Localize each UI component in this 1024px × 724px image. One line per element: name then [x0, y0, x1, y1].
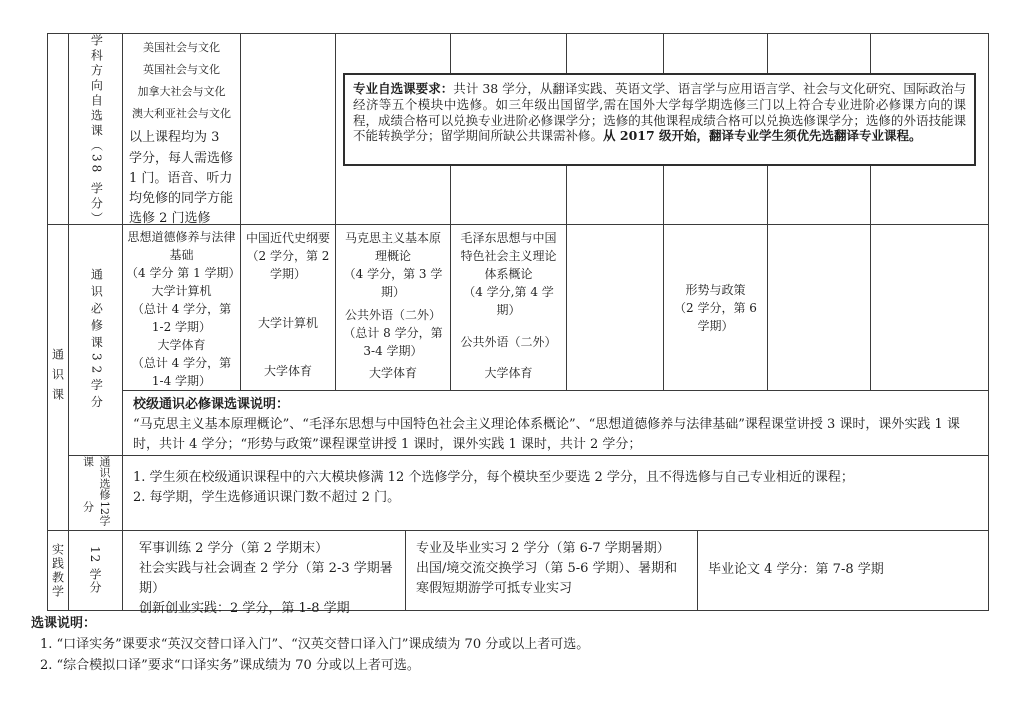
footer-item: 1. “口译实务”课要求“英汉交替口译入门”、“汉英交替口译入门”课成绩为 70…	[40, 635, 991, 656]
practice-line: 出国/境交流交换学习（第 5-6 学期）、暑期和寒假短期游学可抵专业实习	[416, 559, 687, 599]
required-sem6-cell: 形势与政策 （2 学分，第 6 学期）	[663, 224, 768, 391]
required-note-title: 校级通识必修课选课说明：	[133, 397, 289, 412]
general-optional-label-credits: 12学分	[79, 501, 112, 530]
required-sem1-cell: 思想道德修养与法律基础 （4 学分 第 1 学期） 大学计算机 （总计 4 学分…	[122, 224, 241, 391]
course-item: 加拿大社会与文化	[138, 86, 226, 98]
empty-cell	[240, 33, 336, 225]
practice-line: 毕业论文 4 学分：第 7-8 学期	[708, 560, 884, 580]
section-header-empty-cell	[47, 33, 69, 225]
required-sem3-cell: 马克思主义基本原理概论 （4 学分，第 3 学期） 公共外语（二外） （总计 8…	[335, 224, 451, 391]
optional-note-line: 1. 学生须在校级通识课程中的六大模块修满 12 个选修学分，每个模块至少要选 …	[133, 468, 978, 488]
course-line: 形势与政策	[685, 281, 745, 299]
empty-cell	[767, 224, 871, 391]
course-item: 澳大利亚社会与文化	[132, 108, 231, 120]
optional-note-cell: 1. 学生须在校级通识课程中的六大模块修满 12 个选修学分，每个模块至少要选 …	[122, 455, 989, 531]
course-line: 大学体育	[264, 362, 312, 380]
course-line: （2 学分，第 6 学期）	[670, 299, 761, 335]
course-item: 美国社会与文化	[143, 42, 220, 54]
general-optional-label-main: 通识选修课	[79, 456, 112, 501]
curriculum-page: 学科方向自选课（38 学分） 美国社会与文化 英国社会与文化 加拿大社会与文化 …	[0, 0, 1024, 724]
major-elective-requirements-box: 专业自选课要求：共计 38 学分，从翻译实践、英语文学、语言学与应用语言学、社会…	[343, 73, 976, 166]
course-block: 马克思主义基本原理概论 （4 学分，第 3 学期）	[340, 229, 446, 301]
course-line: 大学体育	[369, 364, 417, 382]
general-optional-label: 通识选修课 12学分	[68, 455, 123, 531]
course-line: （总计 4 学分，第 1-4 学期）	[126, 354, 237, 390]
optional-note-line: 2. 每学期，学生选修通识课门数不超过 2 门。	[133, 488, 978, 508]
practice-line: 专业及毕业实习 2 学分（第 6-7 学期暑期）	[416, 539, 687, 559]
footer-title: 选课说明：	[31, 616, 96, 631]
course-line: 大学体育	[484, 364, 532, 382]
course-line: （总计 4 学分，第 1-2 学期）	[126, 300, 237, 336]
required-note-cell: 校级通识必修课选课说明： “马克思主义基本原理概论”、“毛泽东思想与中国特色社会…	[122, 390, 989, 456]
elective-section-label-text: 学科方向自选课（38 学分）	[89, 34, 103, 224]
general-section-label-text: 通识课	[50, 348, 67, 408]
empty-cell	[870, 224, 989, 391]
course-line: （总计 8 学分，第 3-4 学期）	[340, 324, 446, 360]
requirements-bold-tail: 从 2017 级开始，翻译专业学生须优先选翻译专业课程。	[603, 128, 922, 143]
course-line: 公共外语（二外）	[460, 333, 556, 351]
required-sem4-cell: 毛泽东思想与中国特色社会主义理论体系概论 （4 学分,第 4 学期） 公共外语（…	[450, 224, 567, 391]
practice-section-label: 实践教学	[47, 530, 69, 611]
course-line: 思想道德修养与法律基础	[126, 228, 237, 264]
course-block: 公共外语（二外） （总计 8 学分，第 3-4 学期）	[340, 306, 446, 360]
practice-cell-1: 军事训练 2 学分（第 2 学期末） 社会实践与社会调查 2 学分（第 2-3 …	[122, 530, 406, 611]
requirements-lead: 专业自选课要求：	[353, 81, 453, 96]
practice-credits-text: 12 学分	[87, 546, 104, 594]
required-note-body: “马克思主义基本原理概论”、“毛泽东思想与中国特色社会主义理论体系概论”、“思想…	[133, 415, 978, 455]
course-line: 大学体育	[157, 336, 205, 354]
course-selection-notes: 选课说明： 1. “口译实务”课要求“英汉交替口译入门”、“汉英交替口译入门”课…	[31, 614, 991, 676]
general-required-label-text: 通识必修课32学分	[89, 268, 103, 412]
elective-courses-cell: 美国社会与文化 英国社会与文化 加拿大社会与文化 澳大利亚社会与文化 以上课程均…	[122, 33, 241, 225]
course-line: 中国近代史纲要（2 学分，第 2 学期）	[244, 229, 332, 283]
course-line: 大学计算机	[151, 282, 211, 300]
required-sem2-cell: 中国近代史纲要（2 学分，第 2 学期） 大学计算机 大学体育	[240, 224, 336, 391]
elective-section-label: 学科方向自选课（38 学分）	[68, 33, 123, 225]
course-line: （4 学分，第 3 学期）	[340, 265, 446, 301]
practice-section-label-text: 实践教学	[50, 543, 67, 599]
course-item: 英国社会与文化	[143, 64, 220, 76]
practice-line: 军事训练 2 学分（第 2 学期末）	[139, 539, 395, 559]
empty-cell	[566, 224, 664, 391]
general-required-label: 通识必修课32学分	[68, 224, 123, 456]
practice-cell-3: 毕业论文 4 学分：第 7-8 学期	[697, 530, 989, 611]
course-line: （4 学分 第 1 学期）	[126, 264, 237, 282]
course-line: 毛泽东思想与中国特色社会主义理论体系概论	[455, 229, 562, 283]
footer-item: 2. “综合模拟口译”要求“口译实务”课成绩为 70 分或以上者可选。	[40, 656, 991, 677]
general-section-label: 通识课	[47, 224, 69, 531]
course-line: （4 学分,第 4 学期）	[455, 283, 562, 319]
course-line: 大学计算机	[258, 314, 318, 332]
practice-cell-2: 专业及毕业实习 2 学分（第 6-7 学期暑期） 出国/境交流交换学习（第 5-…	[405, 530, 698, 611]
practice-line: 社会实践与社会调查 2 学分（第 2-3 学期暑期）	[139, 559, 395, 599]
course-line: 马克思主义基本原理概论	[340, 229, 446, 265]
course-line: 公共外语（二外）	[340, 306, 446, 324]
practice-credits-label: 12 学分	[68, 530, 123, 611]
course-block: 毛泽东思想与中国特色社会主义理论体系概论 （4 学分,第 4 学期）	[455, 229, 562, 319]
